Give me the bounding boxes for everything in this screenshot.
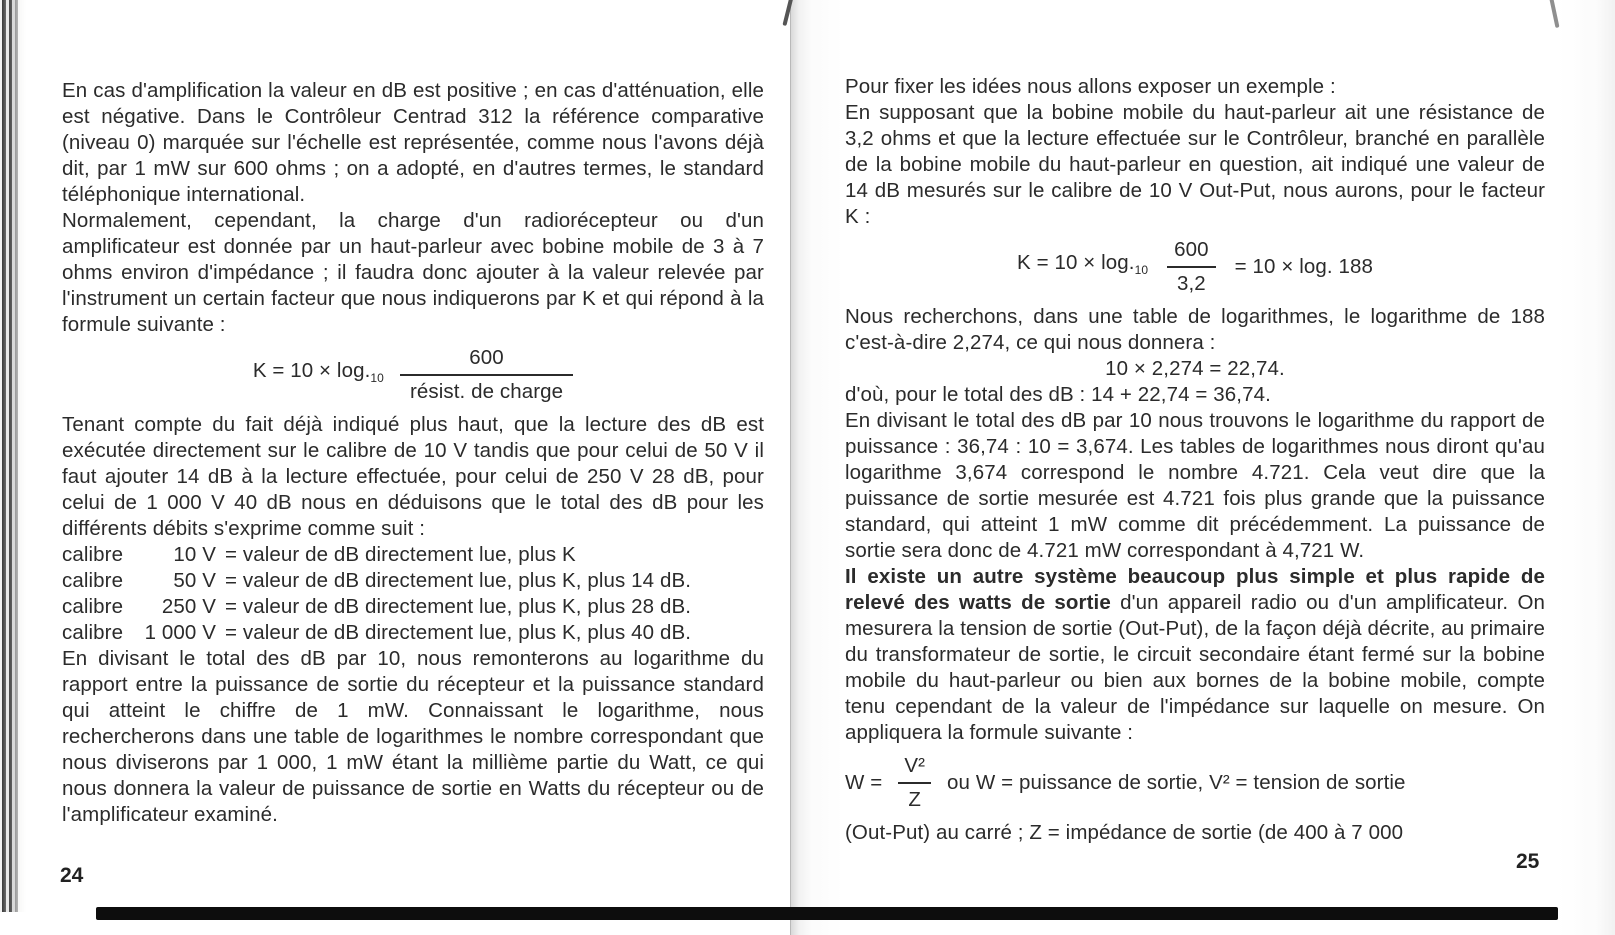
formula-watts: W = V² Z ou W = puissance de sortie, V² … xyxy=(845,753,1545,813)
calibre-line-10v: calibre10 V= valeur de dB directement lu… xyxy=(62,542,764,568)
calibre-line-250v: calibre250 V= valeur de dB directement l… xyxy=(62,594,764,620)
log-subscript: 10 xyxy=(370,372,384,386)
calibre-label: calibre xyxy=(62,542,142,568)
page-number-left: 24 xyxy=(60,864,83,888)
calibre-text: = valeur de dB directement lue, plus K xyxy=(225,543,576,566)
fraction: 600 résist. de charge xyxy=(400,345,573,405)
calibre-line-1000v: calibre1 000 V= valeur de dB directement… xyxy=(62,620,764,646)
calibre-text: = valeur de dB directement lue, plus K, … xyxy=(225,621,691,644)
log-subscript: 10 xyxy=(1135,264,1149,278)
formula-w-legend: ou W = puissance de sortie, V² = tension… xyxy=(947,770,1406,796)
calibre-text: = valeur de dB directement lue, plus K, … xyxy=(225,569,691,592)
formula-w-lhs: W = xyxy=(845,770,882,796)
line-total-db: d'où, pour le total des dB : 14 + 22,74 … xyxy=(845,382,1545,408)
formula-k-prefix: K = 10 × log.10 xyxy=(253,358,384,391)
paragraph-charge-radiorecepteur: Normalement, cependant, la charge d'un r… xyxy=(62,208,764,338)
line-outattr-carre: (Out-Put) au carré ; Z = impédance de so… xyxy=(845,820,1545,846)
paragraph-divisant-trouvons: En divisant le total des dB par 10 nous … xyxy=(845,408,1545,564)
paragraph-supposant: En supposant que la bobine mobile du hau… xyxy=(845,100,1545,230)
formula-k-example: K = 10 × log.10 600 3,2 = 10 × log. 188 xyxy=(845,237,1545,297)
paragraph-autre-systeme: Il existe un autre système beaucoup plus… xyxy=(845,564,1545,746)
formula-k-result: = 10 × log. 188 xyxy=(1235,254,1373,280)
book-spine-shadow xyxy=(790,0,843,935)
book-left-edge-artifact xyxy=(0,0,26,912)
calibre-value: 10 V xyxy=(142,542,216,568)
book-right-edge-shadow xyxy=(1557,0,1615,935)
formula-k-prefix: K = 10 × log.10 xyxy=(1017,250,1148,283)
paragraph-divisant-total: En divisant le total des dB par 10, nous… xyxy=(62,646,764,828)
calibre-label: calibre xyxy=(62,594,142,620)
equation-centered: 10 × 2,274 = 22,74. xyxy=(845,356,1545,382)
fraction-denominator: 3,2 xyxy=(1167,266,1216,297)
paragraph-recherchons: Nous recherchons, dans une table de loga… xyxy=(845,304,1545,356)
calibre-text: = valeur de dB directement lue, plus K, … xyxy=(225,595,691,618)
fraction-numerator: 600 xyxy=(1164,237,1219,266)
calibre-value: 50 V xyxy=(142,568,216,594)
fraction-denominator: résist. de charge xyxy=(400,374,573,405)
calibre-value: 250 V xyxy=(142,594,216,620)
fraction: V² Z xyxy=(894,753,935,813)
paragraph-amplification: En cas d'amplification la valeur en dB e… xyxy=(62,78,764,208)
fraction: 600 3,2 xyxy=(1164,237,1219,297)
paragraph-tenant-compte: Tenant compte du fait déjà indiqué plus … xyxy=(62,412,764,542)
fraction-numerator: 600 xyxy=(459,345,514,374)
fraction-denominator: Z xyxy=(898,782,931,813)
page-right: Pour fixer les idées nous allons exposer… xyxy=(845,74,1545,846)
scan-bottom-bar-artifact xyxy=(96,907,1558,920)
calibre-line-50v: calibre50 V= valeur de dB directement lu… xyxy=(62,568,764,594)
page-left: En cas d'amplification la valeur en dB e… xyxy=(62,78,764,828)
calibre-label: calibre xyxy=(62,620,142,646)
page-number-right: 25 xyxy=(1516,850,1539,874)
calibre-label: calibre xyxy=(62,568,142,594)
paragraph-exemple-intro: Pour fixer les idées nous allons exposer… xyxy=(845,74,1545,100)
formula-k-definition: K = 10 × log.10 600 résist. de charge xyxy=(62,345,764,405)
fraction-numerator: V² xyxy=(894,753,935,782)
calibre-value: 1 000 V xyxy=(142,620,216,646)
